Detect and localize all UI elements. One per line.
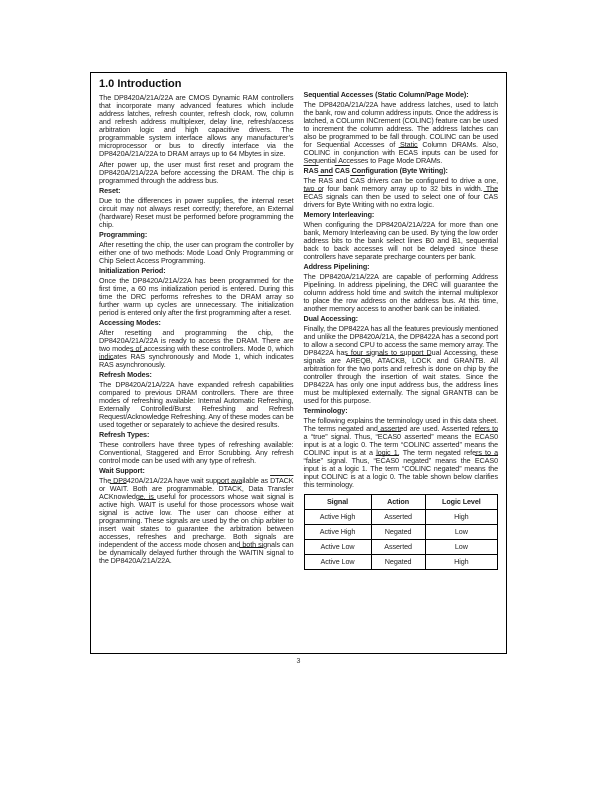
paragraph: The DP8420A/21A/22A are capable of perfo… [304, 273, 499, 313]
section-heading: Refresh Types: [99, 431, 294, 439]
overbar-signal: WAIT [139, 500, 156, 509]
overbar-signal: CAS [350, 176, 365, 185]
paragraph: Due to the differences in power supplies… [99, 197, 294, 229]
table-row: Active LowNegatedHigh [304, 554, 498, 569]
left-column-wrap: 1.0 Introduction The DP8420A/21A/22A are… [99, 78, 294, 570]
overbar-signal: WAIT [110, 484, 127, 493]
content-frame: 1.0 Introduction The DP8420A/21A/22A are… [90, 72, 507, 654]
paragraph: Finally, the DP8422A has all the feature… [304, 325, 499, 405]
paragraph: After power up, the user must first rese… [99, 161, 294, 185]
table-row: Active LowAssertedLow [304, 539, 498, 554]
paragraph: After resetting and programming the chip… [99, 329, 294, 369]
section-heading: Address Pipelining: [304, 263, 499, 271]
table-row: Active HighNegatedLow [304, 524, 498, 539]
table-cell: Negated [371, 524, 425, 539]
section-heading: Wait Support: [99, 467, 294, 475]
overbar-signal: WAITIN [239, 548, 263, 557]
table-cell: Active Low [304, 539, 371, 554]
terminology-table-head: SignalActionLogic Level [304, 494, 498, 509]
paragraph: Once the DP8420A/21A/22A has been progra… [99, 277, 294, 317]
table-cell: High [425, 554, 497, 569]
paragraph: The DP8420A/21A/22A have expanded refres… [99, 381, 294, 429]
right-column: Sequential Accesses (Static Column/Page … [304, 91, 499, 489]
page-title: 1.0 Introduction [99, 78, 294, 90]
overbar-signal: RAS [318, 176, 333, 185]
section-heading: Terminology: [304, 407, 499, 415]
paragraph: The DP8420A/21A/22A have wait support av… [99, 477, 294, 565]
overbar-signal: ATACKB [378, 356, 405, 365]
overbar-signal: ECAS0 [378, 432, 401, 441]
right-column-wrap: Sequential Accesses (Static Column/Page … [304, 78, 499, 570]
paragraph: The DP8420A/21A/22A are CMOS Dynamic RAM… [99, 94, 294, 158]
overbar-signal: ECAS0 [475, 432, 498, 441]
terminology-table-header-row: SignalActionLogic Level [304, 494, 498, 509]
section-heading: Dual Accessing: [304, 315, 499, 323]
section-heading: Initialization Period: [99, 267, 294, 275]
overbar-signal: DTACK [270, 476, 293, 485]
page-number: 3 [90, 658, 507, 665]
table-cell: High [425, 509, 497, 524]
table-header-cell: Action [371, 494, 425, 509]
section-heading: Memory Interleaving: [304, 211, 499, 219]
overbar-signal: ECAS [304, 192, 323, 201]
overbar-signal: ECAS0 [475, 456, 498, 465]
terminology-table-body: Active HighAssertedHighActive HighNegate… [304, 509, 498, 569]
paragraph: When configuring the DP8420A/21A/22A for… [304, 221, 499, 261]
overbar-signal: CAS [483, 192, 498, 201]
overbar-signal: DTACK [218, 484, 241, 493]
table-header-cell: Signal [304, 494, 371, 509]
section-heading: Programming: [99, 231, 294, 239]
table-cell: Active High [304, 509, 371, 524]
table-cell: Active High [304, 524, 371, 539]
table-cell: Active Low [304, 554, 371, 569]
section-heading: RAS and CAS Configuration (Byte Writing)… [304, 167, 499, 175]
overbar-signal: RAS [304, 166, 319, 175]
left-column: The DP8420A/21A/22A are CMOS Dynamic RAM… [99, 94, 294, 565]
paragraph: These controllers have three types of re… [99, 441, 294, 465]
section-heading: Refresh Modes: [99, 371, 294, 379]
overbar-signal: ECAS [399, 148, 418, 157]
overbar-signal: RAS [99, 360, 114, 369]
overbar-signal: ECAS0 [376, 456, 399, 465]
table-cell: Low [425, 539, 497, 554]
paragraph: The RAS and CAS drivers can be configure… [304, 177, 499, 209]
terminology-table: SignalActionLogic Level Active HighAsser… [304, 494, 499, 570]
table-row: Active HighAssertedHigh [304, 509, 498, 524]
table-cell: Asserted [371, 509, 425, 524]
paragraph: After resetting the chip, the user can p… [99, 241, 294, 265]
section-heading: Accessing Modes: [99, 319, 294, 327]
paragraph: The DP8420A/21A/22A have address latches… [304, 101, 499, 165]
section-heading: Reset: [99, 187, 294, 195]
table-cell: Low [425, 524, 497, 539]
table-cell: Negated [371, 554, 425, 569]
table-cell: Asserted [371, 539, 425, 554]
datasheet-page: 1.0 Introduction The DP8420A/21A/22A are… [0, 0, 612, 792]
section-heading: Sequential Accesses (Static Column/Page … [304, 91, 499, 99]
overbar-signal: CAS [335, 166, 350, 175]
paragraph: The following explains the terminology u… [304, 417, 499, 489]
overbar-signal: LOCK [412, 356, 431, 365]
two-column-layout: 1.0 Introduction The DP8420A/21A/22A are… [99, 78, 498, 570]
overbar-signal: RAS [130, 352, 145, 361]
overbar-signal: AREQB [346, 356, 371, 365]
table-header-cell: Logic Level [425, 494, 497, 509]
